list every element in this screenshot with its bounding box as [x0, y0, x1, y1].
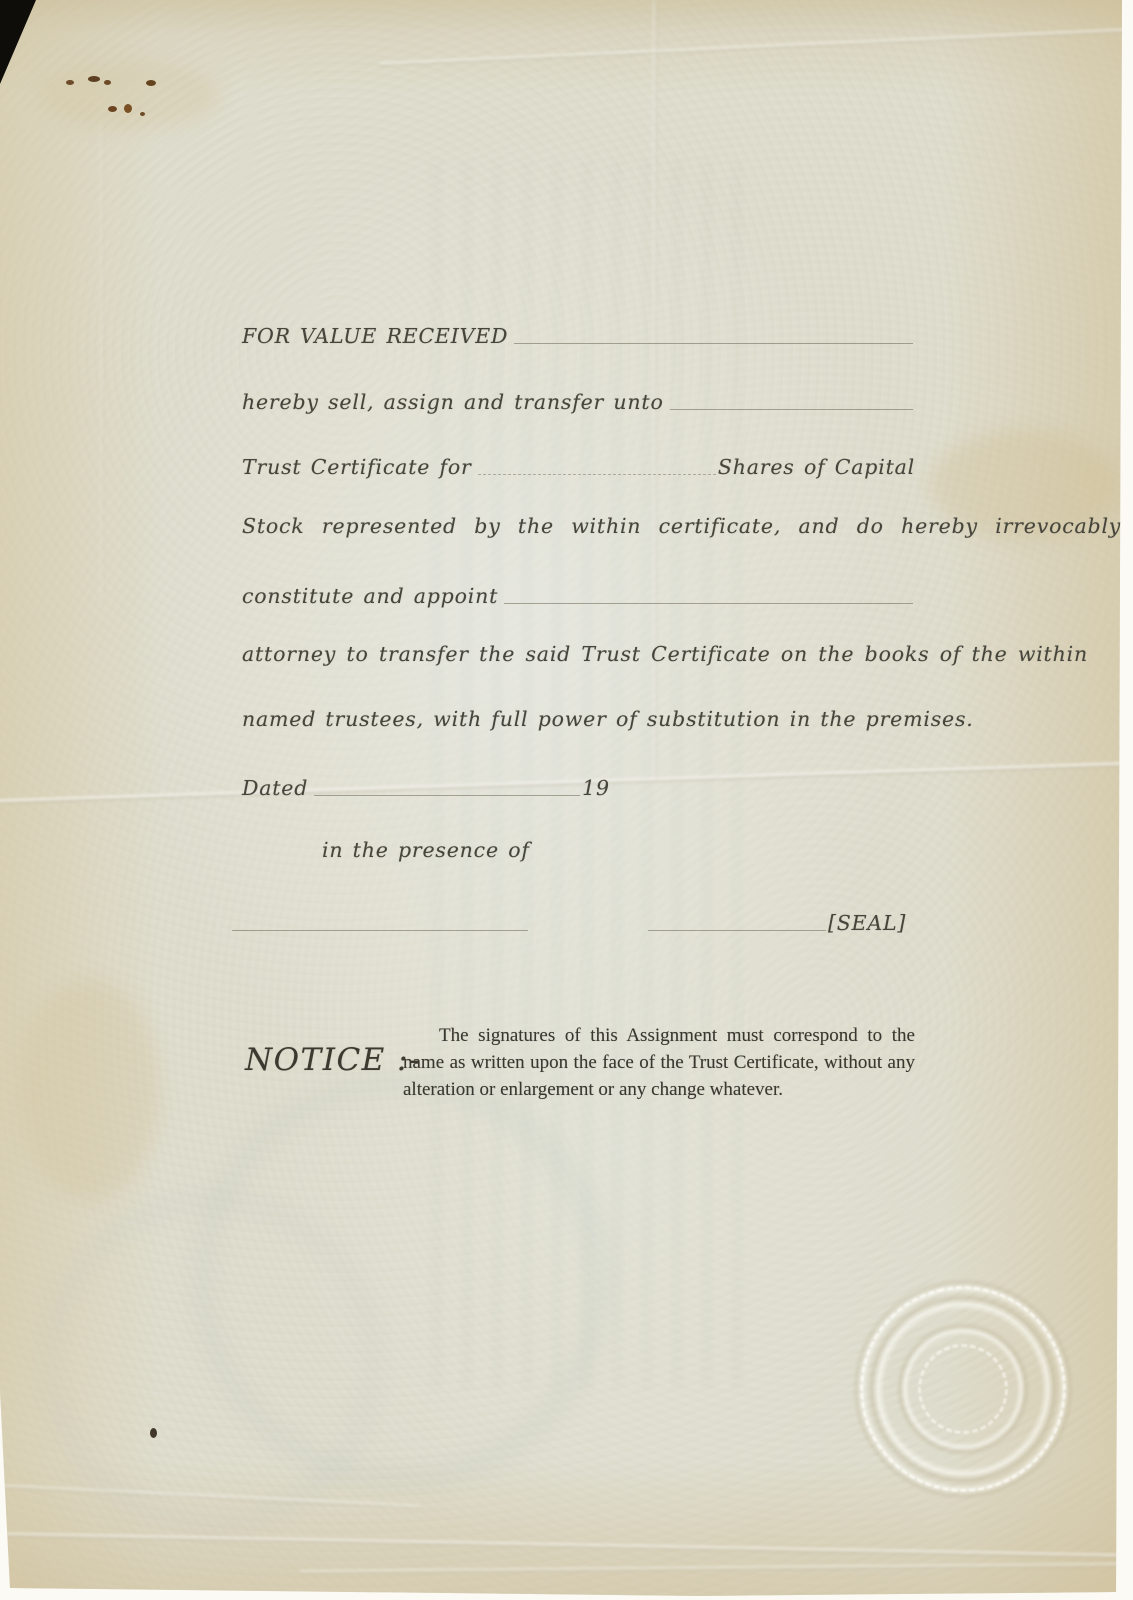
scan-corner-artifact: [0, 0, 36, 84]
constitute-appoint-label: constitute and appoint: [242, 584, 498, 608]
foxing-spot: [88, 76, 100, 82]
shares-count-blank: [478, 473, 716, 475]
date-blank: [314, 794, 580, 796]
fold-crease: [380, 28, 1133, 67]
in-presence-of-label: in the presence of: [322, 838, 722, 862]
dated-label: Dated: [242, 776, 308, 800]
transfer-unto-row: hereby sell, assign and transfer unto: [242, 384, 915, 414]
for-value-received-label: FOR VALUE RECEIVED: [242, 324, 508, 348]
fold-crease: [0, 1532, 1133, 1559]
fold-crease: [300, 1562, 1133, 1574]
shares-of-capital-label: Shares of Capital: [718, 455, 915, 479]
foxing-spot: [140, 112, 145, 116]
attorney-transfer-line: attorney to transfer the said Trust Cert…: [242, 642, 915, 666]
stain: [40, 60, 220, 130]
witness-signature-blank: [232, 929, 528, 931]
foxing-spot: [66, 80, 74, 85]
watermark-ring: [40, 1190, 384, 1534]
constitute-appoint-row: constitute and appoint: [242, 578, 915, 608]
assignor-name-blank: [514, 342, 913, 344]
for-value-received-row: FOR VALUE RECEIVED: [242, 318, 915, 348]
seal-bracket-label: [SEAL]: [828, 911, 906, 935]
notice-heading: NOTICE :-: [245, 1042, 421, 1078]
attorney-name-blank: [504, 602, 913, 604]
named-trustees-line: named trustees, with full power of subst…: [242, 707, 915, 731]
certificate-back-paper: FOR VALUE RECEIVED hereby sell, assign a…: [0, 0, 1133, 1600]
notice-section: NOTICE :- The signatures of this Assignm…: [245, 1022, 915, 1103]
assignee-name-blank: [670, 408, 913, 410]
scanned-document-page: FOR VALUE RECEIVED hereby sell, assign a…: [0, 0, 1133, 1600]
notice-body-text: The signatures of this Assignment must c…: [403, 1022, 915, 1103]
trust-certificate-label: Trust Certificate for: [242, 455, 472, 479]
signature-seal-row: [SEAL]: [232, 905, 915, 935]
stain: [20, 980, 160, 1200]
foxing-spot: [146, 80, 156, 86]
ink-spot: [150, 1428, 157, 1438]
foxing-spot: [104, 80, 111, 85]
foxing-spot: [108, 106, 117, 112]
trust-certificate-row: Trust Certificate for Shares of Capital: [242, 449, 915, 479]
foxing-spot: [124, 104, 132, 113]
dated-row: Dated 19: [242, 770, 915, 800]
stock-represented-line: Stock represented by the within certific…: [242, 514, 915, 538]
assignor-signature-blank: [648, 929, 826, 931]
embossed-seal: [828, 1254, 1097, 1523]
transfer-unto-label: hereby sell, assign and transfer unto: [242, 390, 664, 414]
year-prefix: 19: [582, 776, 610, 800]
vertical-fold: [100, 120, 104, 600]
